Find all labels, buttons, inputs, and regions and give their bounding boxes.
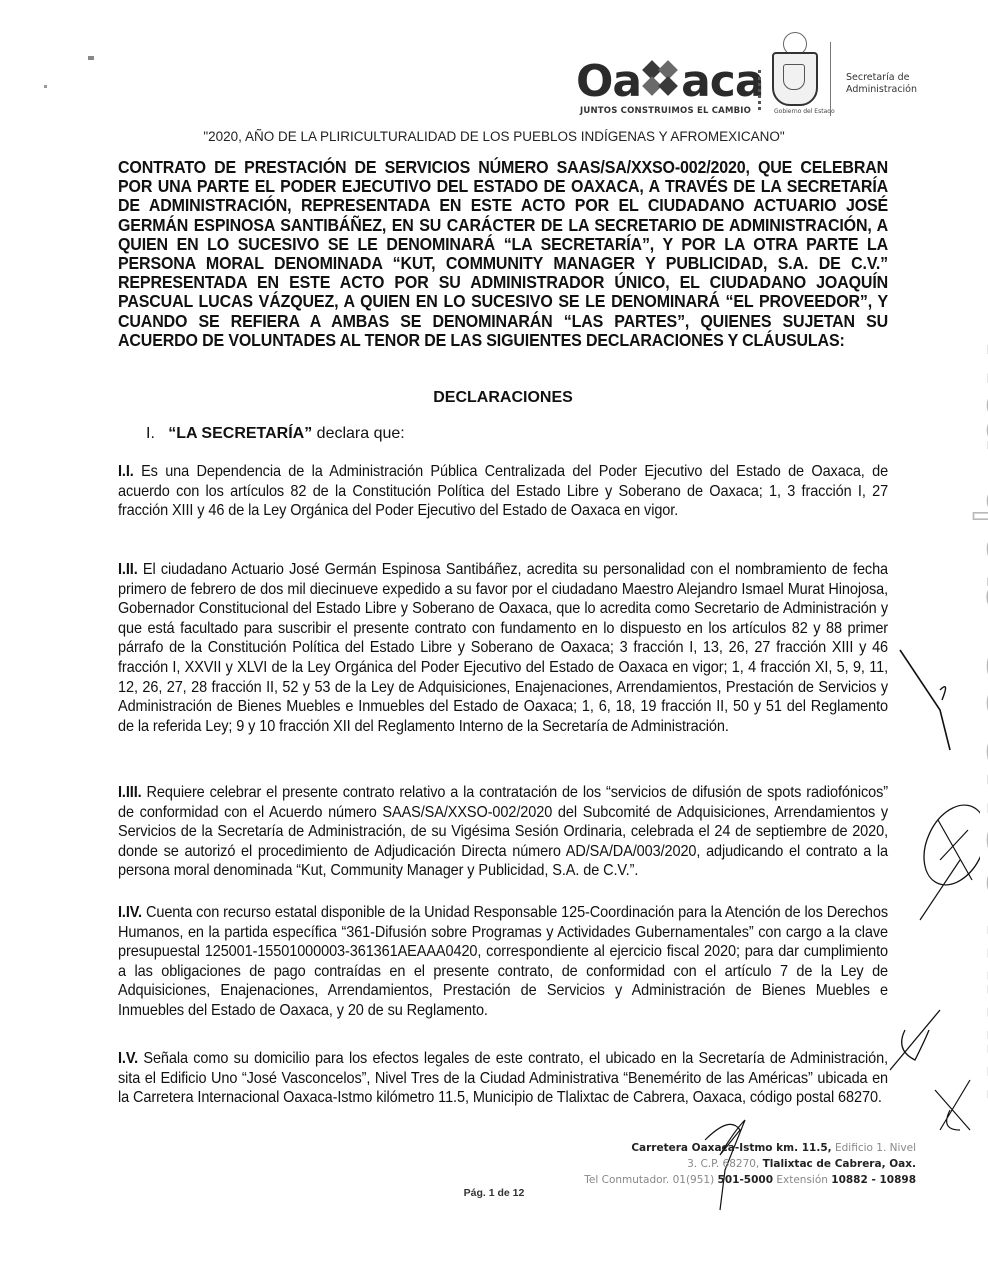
footer-line-1: Carretera Oaxaca-Istmo km. 11.5, Edifici… (584, 1140, 916, 1156)
signature-marks-icon (880, 630, 980, 1150)
coat-of-arms-icon (772, 52, 818, 106)
footer-street: Carretera Oaxaca-Istmo km. 11.5, (631, 1142, 831, 1154)
footer-line-3: Tel Conmutador. 01(951) 501-5000 Extensi… (584, 1172, 916, 1188)
department-line-1: Secretaría de (846, 72, 917, 84)
declaration-label: I.V. (118, 1050, 138, 1067)
footer-ext-label: Extensión (773, 1174, 831, 1186)
declaration-paragraph: I.V. Señala como su domicilio para los e… (118, 1049, 888, 1108)
department-line-2: Administración (846, 84, 917, 96)
footer-phone: 501-5000 (718, 1174, 774, 1186)
declaration-paragraph: I.III. Requiere celebrar el presente con… (118, 783, 888, 881)
declaration-paragraph: I.I. Es una Dependencia de la Administra… (118, 462, 888, 521)
document-page: Oaaca JUNTOS CONSTRUIMOS EL CAMBIO Gobie… (0, 0, 988, 1280)
declaration-text: Es una Dependencia de la Administración … (118, 463, 888, 519)
declaration-text: El ciudadano Actuario José Germán Espino… (118, 561, 888, 735)
declaration-text: Cuenta con recurso estatal disponible de… (118, 904, 888, 1019)
crest-label: Gobierno del Estado (774, 108, 835, 115)
logo-tagline: JUNTOS CONSTRUIMOS EL CAMBIO (580, 106, 751, 116)
party-number: I. (146, 425, 155, 442)
footer-building: Edificio 1. Nivel (832, 1142, 916, 1154)
oaxaca-logo: Oaaca (576, 60, 764, 104)
section-heading: DECLARACIONES (0, 389, 988, 407)
footer-phone-label: Tel Conmutador. 01(951) (584, 1174, 717, 1186)
party-heading: I. “LA SECRETARÍA” declara que: (146, 425, 405, 443)
declaration-paragraph: I.II. El ciudadano Actuario José Germán … (118, 560, 888, 736)
scan-speck (44, 85, 47, 88)
declaration-label: I.IV. (118, 904, 142, 921)
page-number: Pág. 1 de 12 (0, 1187, 988, 1199)
declaration-label: I.II. (118, 561, 138, 578)
logo-text-left: Oa (576, 56, 641, 107)
contract-title: CONTRATO DE PRESTACIÓN DE SERVICIOS NÚME… (118, 158, 888, 350)
header-divider (830, 42, 831, 116)
party-heading-text: declara que: (312, 425, 405, 442)
year-motto: "2020, AÑO DE LA PLIRICULTURALIDAD DE LO… (0, 129, 988, 144)
letterhead: Oaaca JUNTOS CONSTRUIMOS EL CAMBIO Gobie… (572, 18, 932, 118)
footer-postal: 3. C.P. 68270, (687, 1158, 762, 1170)
declaration-text: Señala como su domicilio para los efecto… (118, 1050, 888, 1106)
footer-ext: 10882 - 10898 (831, 1174, 916, 1186)
footer-city: Tlalixtac de Cabrera, Oax. (763, 1158, 916, 1170)
party-name: “LA SECRETARÍA” (168, 425, 312, 442)
dotted-divider (758, 70, 764, 110)
declaration-label: I.III. (118, 784, 142, 801)
footer-address: Carretera Oaxaca-Istmo km. 11.5, Edifici… (584, 1140, 916, 1188)
logo-x-mark-icon (641, 61, 681, 99)
declaration-label: I.I. (118, 463, 134, 480)
logo-text-right: aca (681, 56, 763, 107)
declaration-text: Requiere celebrar el presente contrato r… (118, 784, 888, 879)
scan-speck (88, 56, 94, 60)
declaration-paragraph: I.IV. Cuenta con recurso estatal disponi… (118, 903, 888, 1021)
department-name: Secretaría de Administración (846, 72, 917, 96)
footer-line-2: 3. C.P. 68270, Tlalixtac de Cabrera, Oax… (584, 1156, 916, 1172)
